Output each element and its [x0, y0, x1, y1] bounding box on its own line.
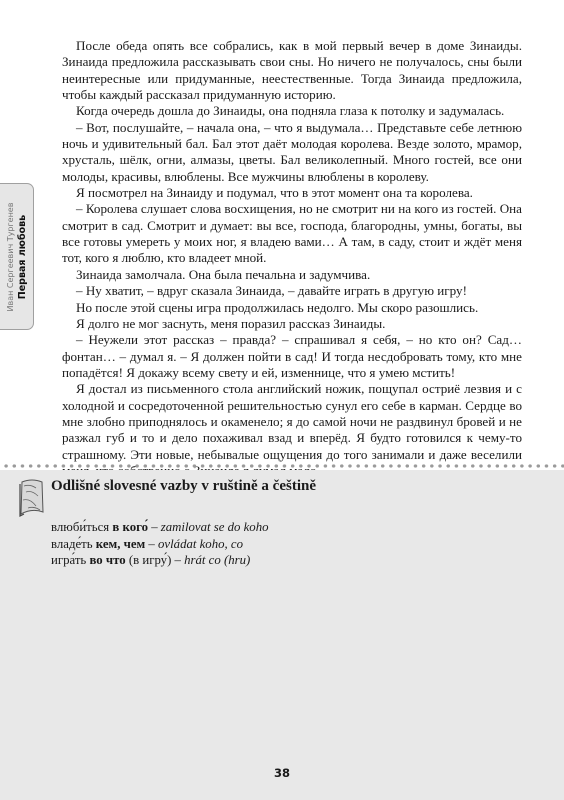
vocab-extra: (в игру́) — [129, 553, 172, 567]
paragraph: Я долго не мог заснуть, меня поразил рас… — [62, 316, 522, 332]
paragraph: Зинаида замолчала. Она была печальна и з… — [62, 267, 522, 283]
vocab-translation: ovládat koho, co — [158, 537, 243, 551]
vocab-verb: владе́ть — [51, 537, 93, 551]
vocab-item: владе́ть кем, чем – ovládat koho, co — [51, 536, 269, 553]
vocab-item: влюби́ться в кого́ – zamilovat se do koh… — [51, 519, 269, 536]
book-illustration-icon — [18, 478, 46, 518]
paragraph: После обеда опять все собрались, как в м… — [62, 38, 522, 103]
vocab-list: влюби́ться в кого́ – zamilovat se do koh… — [51, 519, 269, 569]
vocab-rection: кем, чем — [96, 537, 145, 551]
vocab-verb: влюби́ться — [51, 520, 109, 534]
paragraph: – Неужели этот рассказ – правда? – спраш… — [62, 332, 522, 381]
story-text: После обеда опять все собрались, как в м… — [62, 38, 522, 479]
vocab-box-title: Odlišné slovesné vazby v ruštině a češti… — [51, 478, 316, 495]
side-tab: Иван Сергеевич Тургенев Первая любовь — [0, 183, 34, 330]
vocab-rection: во что — [89, 553, 125, 567]
paragraph: – Вот, послушайте, – начала она, – что я… — [62, 120, 522, 185]
page-number: 38 — [0, 766, 564, 780]
vocab-translation: zamilovat se do koho — [161, 520, 269, 534]
paragraph: – Королева слушает слова восхищения, но … — [62, 201, 522, 266]
paragraph: Но после этой сцены игра продолжилась не… — [62, 300, 522, 316]
paragraph: Я посмотрел на Зинаиду и подумал, что в … — [62, 185, 522, 201]
vocab-item: игра́ть во что (в игру́) – hrát co (hru) — [51, 552, 269, 569]
vocab-translation: hrát co (hru) — [184, 553, 250, 567]
book-author: Иван Сергеевич Тургенев — [5, 202, 17, 311]
vocab-rection: в кого́ — [112, 520, 148, 534]
vocab-verb: игра́ть — [51, 553, 86, 567]
paragraph: – Ну хватит, – вдруг сказала Зинаида, – … — [62, 283, 522, 299]
dotted-divider — [0, 463, 564, 469]
paragraph: Когда очередь дошла до Зинаиды, она подн… — [62, 103, 522, 119]
book-title: Первая любовь — [17, 202, 29, 311]
